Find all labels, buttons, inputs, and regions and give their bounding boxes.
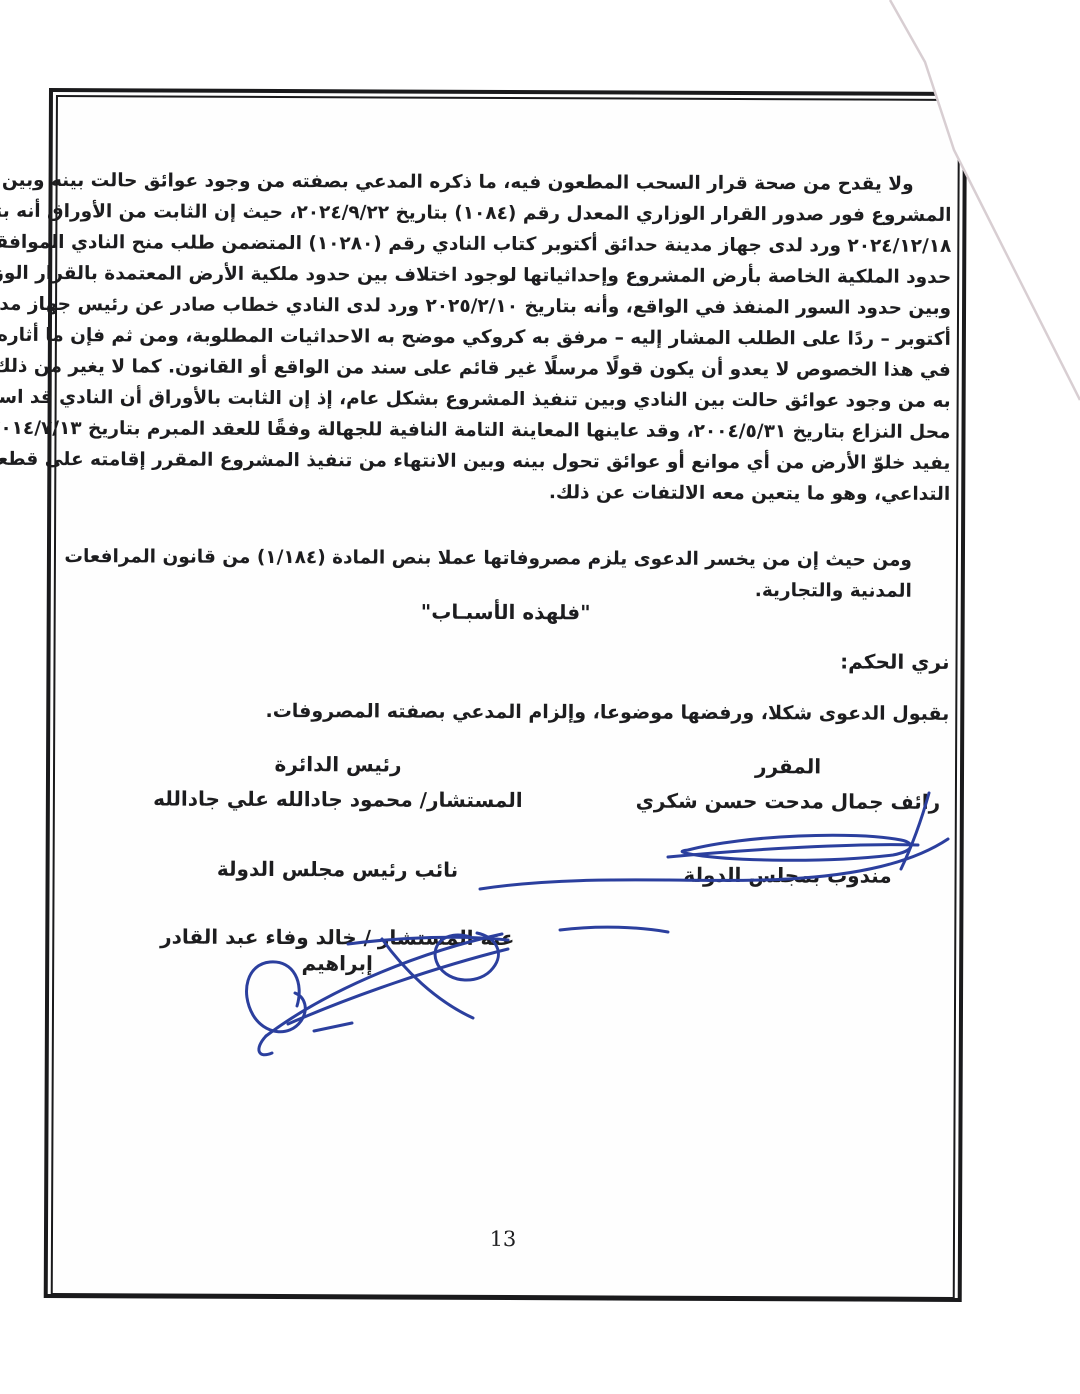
- reporter-role: مندوب بمجلس الدولة: [623, 862, 953, 889]
- reporter-title: المقرر: [623, 753, 953, 780]
- scanned-court-document: { "document": { "page_number": "13", "in…: [0, 0, 1080, 1394]
- document-content: ولا يقدح من صحة قرار السحب المطعون فيه، …: [53, 97, 958, 1297]
- signature-block-reporter: المقرر رائف جمال مدحت حسن شكري مندوب بمج…: [621, 100, 956, 1297]
- page-number: 13: [59, 1225, 947, 1253]
- presiding-title: رئيس الدائرة: [133, 750, 543, 778]
- page: ولا يقدح من صحة قرار السحب المطعون فيه، …: [0, 0, 1080, 1394]
- document-border-frame: ولا يقدح من صحة قرار السحب المطعون فيه، …: [44, 88, 967, 1302]
- presiding-signed-by: عنه المستشار / خالد وفاء عبد القادر إبرا…: [132, 923, 542, 977]
- document-inner-border: ولا يقدح من صحة قرار السحب المطعون فيه، …: [51, 95, 960, 1299]
- presiding-name: المستشار/ محمود جادالله علي جادالله: [133, 785, 543, 813]
- signature-block-presiding: رئيس الدائرة المستشار/ محمود جادالله علي…: [131, 97, 546, 1295]
- presiding-role: نائب رئيس مجلس الدولة: [133, 855, 543, 883]
- reporter-name: رائف جمال مدحت حسن شكري: [623, 788, 953, 815]
